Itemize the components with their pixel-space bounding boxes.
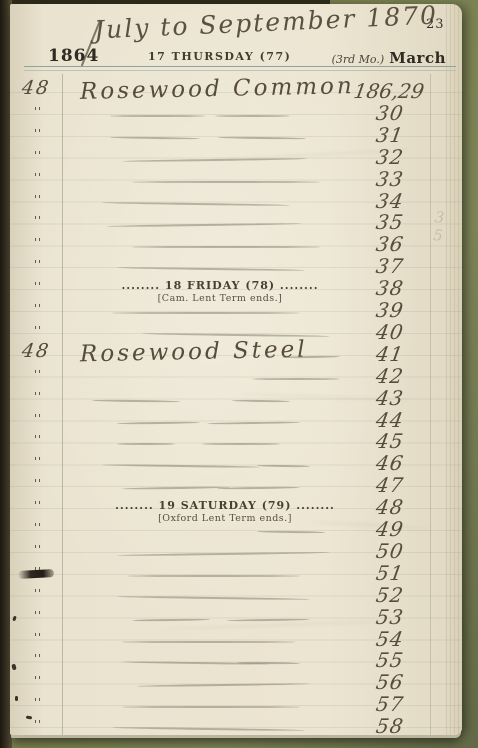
ditto-dash	[122, 706, 300, 708]
line-number: 43	[346, 386, 434, 410]
ditto-dash	[117, 595, 310, 600]
entry-text: Rosewood Common	[80, 73, 355, 105]
margin-mark: ''	[34, 674, 42, 687]
line-number: 57	[346, 692, 434, 716]
ledger-row: 48 Rosewood Common 186,29	[10, 80, 462, 102]
margin-mark: ''	[34, 477, 42, 490]
friday-section-heading: ........ 18 FRIDAY (78) ........ [Cam. L…	[105, 279, 335, 304]
ledger-row: '' 47	[10, 474, 462, 496]
margin-mark: ''	[34, 280, 42, 293]
ledger-row: 48 Rosewood Steel 41	[10, 343, 462, 365]
line-number: 55	[346, 648, 434, 672]
ledger-row: '' 37	[10, 255, 462, 277]
margin-mark: 48	[20, 77, 51, 99]
ledger-row: '' 31	[10, 124, 462, 146]
ditto-dash	[137, 683, 310, 687]
ditto-dash	[117, 267, 305, 272]
line-number: 56	[346, 670, 434, 694]
line-number: 186,29	[332, 79, 446, 103]
ditto-dash	[202, 443, 280, 445]
line-number: 46	[346, 451, 434, 475]
line-number: 42	[346, 364, 434, 388]
friday-label: ........ 18 FRIDAY (78) ........	[105, 279, 335, 292]
ditto-dash	[207, 421, 300, 424]
ledger-rows: 48 Rosewood Common 186,29 '' 30 '' 31 ''…	[10, 4, 462, 735]
margin-mark: ''	[34, 324, 42, 337]
ledger-row: '' 46	[10, 452, 462, 474]
line-number: 31	[346, 123, 434, 147]
ledger-row: '' 32	[10, 146, 462, 168]
line-number: 47	[346, 473, 434, 497]
ditto-dash	[215, 115, 290, 117]
ledger-row: '' 36	[10, 233, 462, 255]
ledger-row: '' 43	[10, 387, 462, 409]
line-number: 30	[346, 101, 434, 125]
ledger-row: '' 35	[10, 211, 462, 233]
ledger-row: '' 56	[10, 671, 462, 693]
margin-mark: ''	[34, 652, 42, 665]
saturday-section-heading: ........ 19 SATURDAY (79) ........ [Oxfo…	[110, 499, 340, 524]
line-number: 45	[346, 429, 434, 453]
ditto-dash	[232, 399, 290, 402]
margin-mark: ''	[34, 609, 42, 622]
ditto-dash	[117, 421, 200, 424]
ditto-dash	[127, 575, 300, 577]
line-number: 50	[346, 539, 434, 563]
margin-mark: ''	[34, 433, 42, 446]
ditto-dash	[257, 465, 310, 468]
ditto-dash	[122, 486, 230, 490]
ink-speck	[15, 696, 18, 701]
saturday-note: [Oxford Lent Term ends.]	[110, 513, 340, 524]
ledger-row: '' 52	[10, 584, 462, 606]
ditto-dash	[132, 246, 320, 248]
margin-mark: ''	[34, 696, 42, 709]
line-number: 54	[346, 627, 434, 651]
ledger-row: '' 51	[10, 562, 462, 584]
ledger-row: '' 50	[10, 540, 462, 562]
line-number: 44	[346, 408, 434, 432]
margin-mark: ''	[34, 258, 42, 271]
line-number: 36	[346, 232, 434, 256]
ledger-row: '' 53	[10, 606, 462, 628]
margin-mark: ''	[34, 455, 42, 468]
margin-mark: ''	[34, 127, 42, 140]
margin-mark: ''	[34, 193, 42, 206]
margin-mark: 48	[20, 340, 51, 362]
ditto-dash	[257, 531, 325, 534]
margin-mark: ''	[34, 149, 42, 162]
line-number: 58	[346, 714, 434, 735]
ditto-dash	[227, 618, 310, 621]
margin-mark: ''	[34, 390, 42, 403]
diary-page: 3 5 July to September 1870 23 1864 17 TH…	[10, 4, 462, 735]
line-number: 34	[346, 189, 434, 213]
line-number: 37	[346, 254, 434, 278]
ledger-row: '' 45	[10, 430, 462, 452]
ditto-dash	[102, 201, 290, 206]
ditto-dash	[122, 641, 295, 643]
ditto-dash	[107, 223, 302, 228]
line-number: 40	[346, 320, 434, 344]
ditto-dash	[282, 355, 340, 358]
line-number: 52	[346, 583, 434, 607]
line-number: 49	[346, 517, 434, 541]
ditto-dash	[110, 115, 205, 117]
margin-mark: ''	[34, 587, 42, 600]
line-number: 32	[346, 145, 434, 169]
line-number: 35	[346, 210, 434, 234]
line-number: 53	[346, 605, 434, 629]
margin-mark: ''	[34, 236, 42, 249]
line-number: 33	[346, 167, 434, 191]
entry-text: Rosewood Steel	[80, 336, 308, 367]
ledger-row: '' 58	[10, 715, 462, 735]
saturday-label: ........ 19 SATURDAY (79) ........	[110, 499, 340, 512]
margin-mark: ''	[34, 631, 42, 644]
ditto-dash	[102, 464, 260, 468]
ditto-dash	[112, 312, 300, 314]
ledger-row: '' 30	[10, 102, 462, 124]
margin-mark: ''	[34, 214, 42, 227]
line-number: 39	[346, 298, 434, 322]
ditto-dash	[252, 378, 340, 380]
line-number: 38	[346, 276, 434, 300]
ditto-dash	[132, 618, 210, 621]
line-number: 51	[346, 561, 434, 585]
margin-mark: ''	[34, 499, 42, 512]
ditto-dash	[92, 399, 180, 402]
ditto-dash	[117, 551, 330, 556]
ditto-dash	[122, 157, 307, 162]
margin-mark: ''	[34, 105, 42, 118]
friday-note: [Cam. Lent Term ends.]	[105, 293, 335, 304]
margin-mark: ''	[34, 171, 42, 184]
margin-mark: ''	[34, 521, 42, 534]
ditto-dash	[218, 136, 306, 139]
line-number: 48	[346, 495, 434, 519]
ledger-row: '' 42	[10, 365, 462, 387]
margin-mark: ''	[34, 412, 42, 425]
margin-mark: ''	[34, 543, 42, 556]
ditto-dash	[110, 136, 200, 139]
ledger-row: '' 34	[10, 190, 462, 212]
ditto-dash	[112, 727, 305, 732]
margin-mark: ''	[34, 718, 42, 731]
ditto-dash	[217, 487, 300, 490]
ledger-row: '' 33	[10, 168, 462, 190]
diary-scan: 3 5 July to September 1870 23 1864 17 TH…	[0, 0, 478, 748]
ditto-dash	[117, 443, 175, 445]
ledger-row: '' 55	[10, 649, 462, 671]
ledger-row: '' 54	[10, 628, 462, 650]
margin-mark: ''	[34, 302, 42, 315]
ledger-row: '' 57	[10, 693, 462, 715]
ledger-row: '' 44	[10, 409, 462, 431]
margin-mark: ''	[34, 368, 42, 381]
ditto-dash	[132, 181, 320, 183]
line-number: 41	[346, 342, 434, 366]
